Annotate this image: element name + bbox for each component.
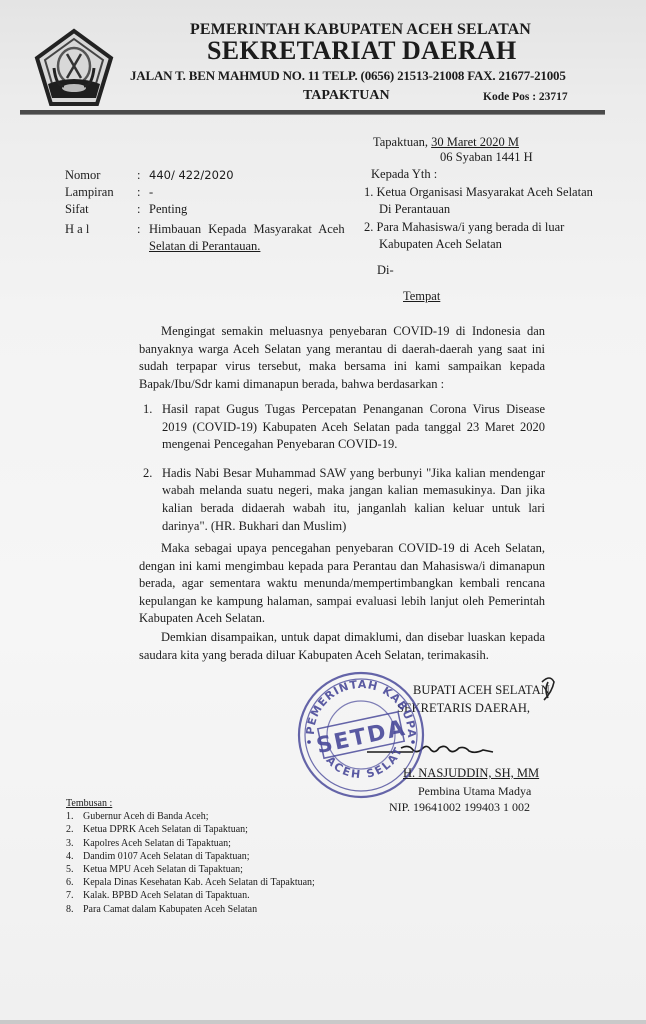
point-number: 1. [143, 401, 152, 419]
letterhead-address: JALAN T. BEN MAHMUD NO. 11 TELP. (0656) … [130, 68, 566, 84]
carbon-copy-title: Tembusan : [66, 797, 315, 810]
signatory-rank: Pembina Utama Madya [418, 784, 531, 799]
meta-label: Lampiran [65, 185, 135, 200]
letterhead-city: TAPAKTUAN [303, 88, 390, 104]
signatory-name: H. NASJUDDIN, SH, MM [403, 766, 539, 781]
meta-value: Selatan di Perantauan. [149, 239, 320, 254]
recipient-number: 1. [364, 185, 373, 199]
recipient-number: 2. [364, 220, 373, 234]
letterhead-postal-code: Kode Pos : 23717 [483, 91, 568, 103]
meta-label: H a l [65, 222, 135, 237]
meta-value: 440/ 422/2020 [149, 168, 234, 182]
recipient-line: Ketua Organisasi Masyarakat Aceh Selatan [377, 185, 593, 199]
cc-text: Ketua DPRK Aceh Selatan di Tapaktuan; [83, 824, 248, 835]
recipient-line: Para Mahasiswa/i yang berada di luar [377, 220, 565, 234]
meta-colon: : [137, 185, 140, 200]
recipient-item: 1. Ketua Organisasi Masyarakat Aceh Sela… [364, 184, 593, 201]
cc-number: 4. [66, 850, 74, 863]
meta-value: - [149, 185, 153, 200]
meta-label: Sifat [65, 202, 135, 217]
body-points: 1. Hasil rapat Gugus Tugas Percepatan Pe… [143, 401, 545, 535]
letter-date: Tapaktuan, 30 Maret 2020 M [373, 135, 519, 150]
cc-number: 6. [66, 876, 74, 889]
carbon-copy-item: 6.Kepala Dinas Kesehatan Kab. Aceh Selat… [66, 876, 315, 889]
cc-text: Kepala Dinas Kesehatan Kab. Aceh Selatan… [83, 877, 315, 888]
meta-label: Nomor [65, 168, 135, 183]
carbon-copy-item: 7.Kalak. BPBD Aceh Selatan di Tapaktuan. [66, 889, 315, 902]
carbon-copy-item: 2.Ketua DPRK Aceh Selatan di Tapaktuan; [66, 823, 315, 836]
recipient-tempat: Tempat [403, 289, 440, 304]
date-hijri: 06 Syaban 1441 H [440, 150, 533, 165]
body-appeal: Maka sebagai upaya pencegahan penyebaran… [139, 540, 545, 628]
cc-number: 2. [66, 823, 74, 836]
body-intro: Mengingat semakin meluasnya penyebaran C… [139, 323, 545, 393]
point-text: Hasil rapat Gugus Tugas Percepatan Penan… [162, 402, 545, 451]
letterhead-office: SEKRETARIAT DAERAH [207, 36, 517, 66]
recipient-di: Di- [377, 263, 394, 278]
meta-value: Himbauan Kepada Masyarakat Aceh [149, 222, 345, 237]
carbon-copy-item: 5.Ketua MPU Aceh Selatan di Tapaktuan; [66, 863, 315, 876]
carbon-copy-list: Tembusan : 1.Gubernur Aceh di Banda Aceh… [66, 797, 315, 916]
carbon-copy-item: 8.Para Camat dalam Kabupaten Aceh Selata… [66, 903, 315, 916]
cc-number: 8. [66, 903, 74, 916]
signatory-nip: NIP. 19641002 199403 1 002 [389, 800, 530, 815]
cc-text: Kapolres Aceh Selatan di Tapaktuan; [83, 838, 231, 849]
date-gregorian: 30 Maret 2020 M [431, 135, 519, 149]
cc-number: 3. [66, 837, 74, 850]
meta-colon: : [137, 202, 140, 217]
signature-title-1: BUPATI ACEH SELATAN [413, 683, 550, 698]
carbon-copy-item: 1.Gubernur Aceh di Banda Aceh; [66, 810, 315, 823]
point-text: Hadis Nabi Besar Muhammad SAW yang berbu… [162, 466, 545, 533]
cc-text: Ketua MPU Aceh Selatan di Tapaktuan; [83, 864, 243, 875]
cc-number: 5. [66, 863, 74, 876]
body-point: 2. Hadis Nabi Besar Muhammad SAW yang be… [143, 465, 545, 535]
point-number: 2. [143, 465, 152, 483]
meta-colon: : [137, 222, 140, 237]
carbon-copy-item: 4.Dandim 0107 Aceh Selatan di Tapaktuan; [66, 850, 315, 863]
paraf-mark-icon [538, 676, 558, 704]
recipient-line: Di Perantauan [379, 201, 450, 218]
body-point: 1. Hasil rapat Gugus Tugas Percepatan Pe… [143, 401, 545, 454]
body-closing: Demkian disampaikan, untuk dapat dimaklu… [139, 629, 545, 664]
cc-text: Gubernur Aceh di Banda Aceh; [83, 811, 209, 822]
cc-text: Kalak. BPBD Aceh Selatan di Tapaktuan. [83, 890, 250, 901]
cc-number: 1. [66, 810, 74, 823]
cc-number: 7. [66, 889, 74, 902]
meta-colon: : [137, 168, 140, 183]
photo-bottom-edge [0, 1020, 646, 1024]
cc-text: Para Camat dalam Kabupaten Aceh Selatan [83, 904, 257, 915]
recipient-heading: Kepada Yth : [371, 167, 437, 182]
recipient-line: Kabupaten Aceh Selatan [379, 236, 502, 253]
cc-text: Dandim 0107 Aceh Selatan di Tapaktuan; [83, 851, 250, 862]
aceh-selatan-emblem-icon [34, 28, 114, 108]
recipient-item: 2. Para Mahasiswa/i yang berada di luar [364, 219, 564, 236]
letterhead-separator [20, 110, 605, 115]
meta-value: Penting [149, 202, 187, 217]
carbon-copy-item: 3.Kapolres Aceh Selatan di Tapaktuan; [66, 837, 315, 850]
date-place: Tapaktuan, [373, 135, 428, 149]
